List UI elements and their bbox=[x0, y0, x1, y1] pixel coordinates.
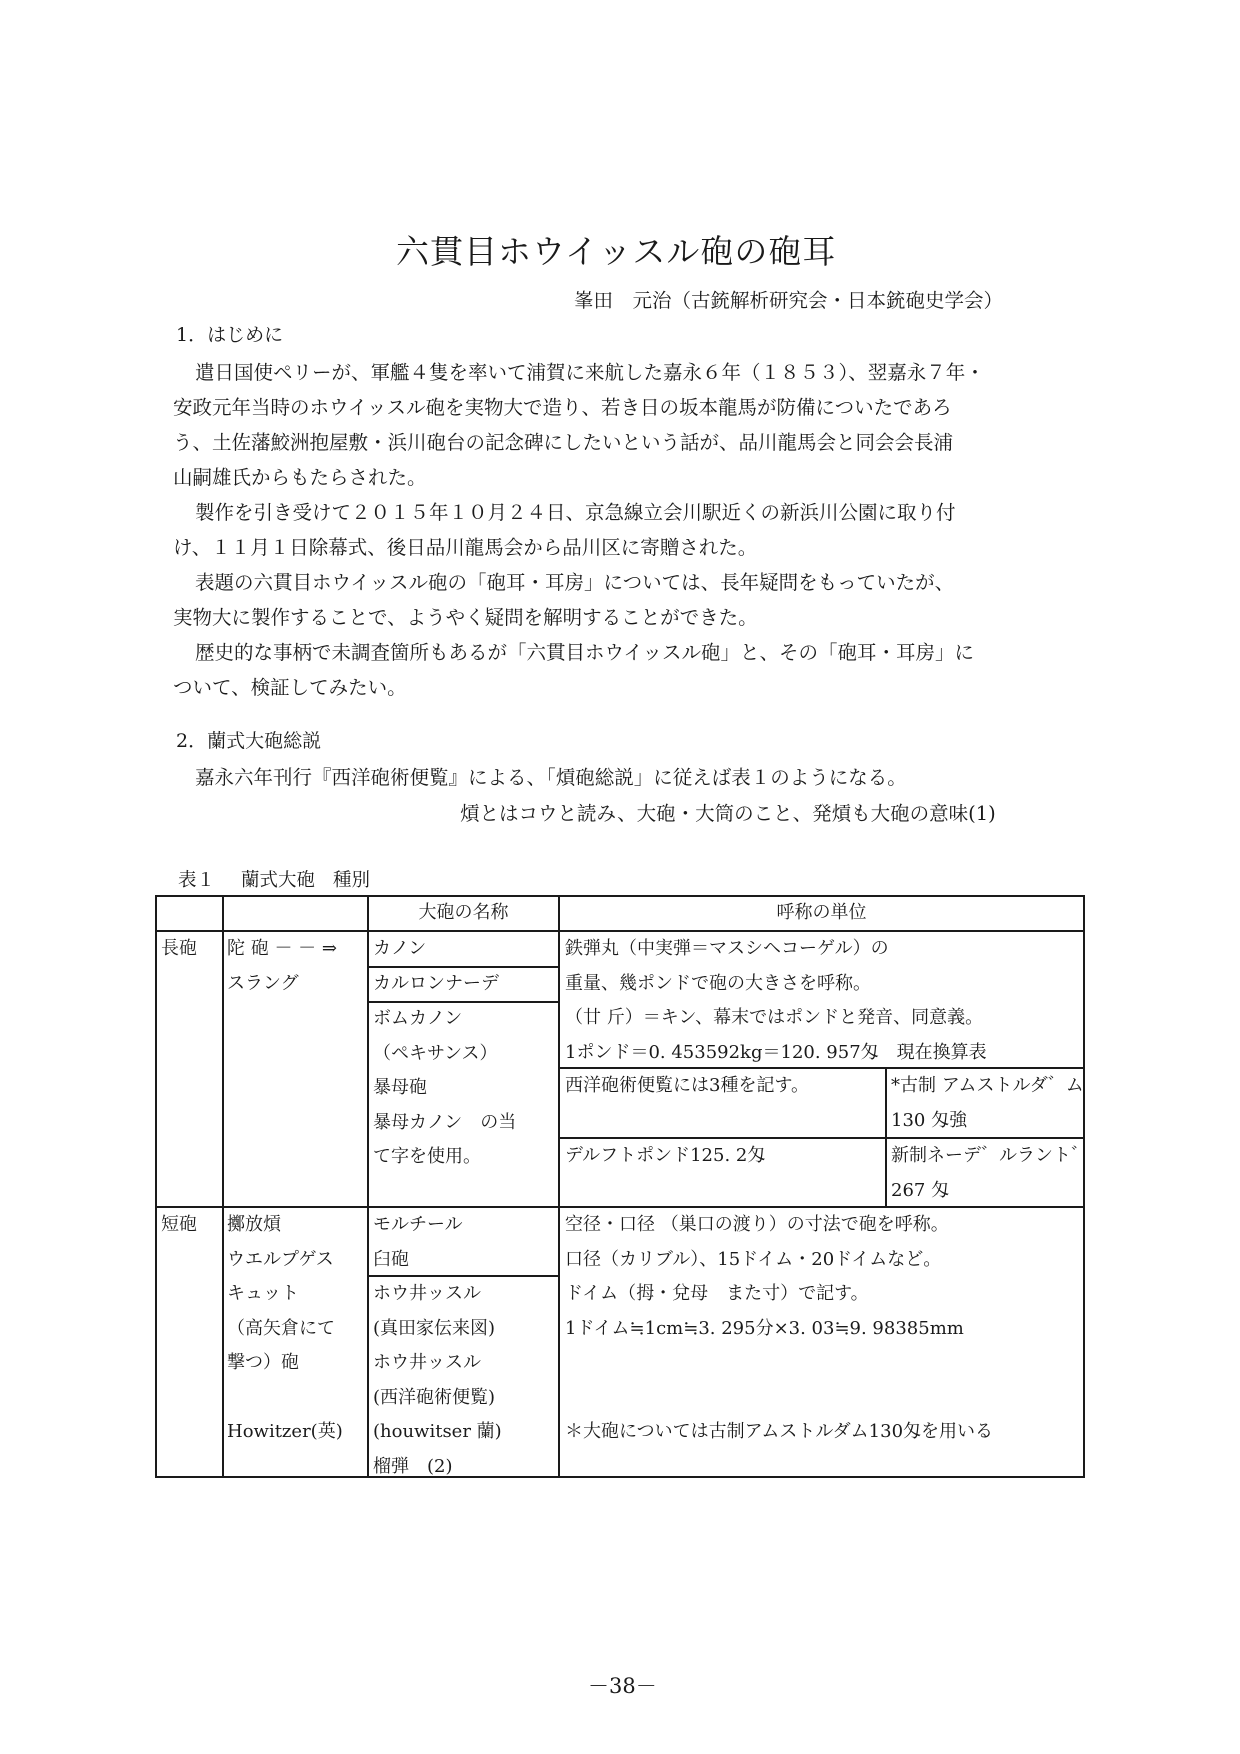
paragraph-line: 安政元年当時のホウイッスル砲を実物大で造り、若き日の坂本龍馬が防備についたであろ bbox=[173, 390, 1073, 425]
cell-line: ボムカノン bbox=[373, 1002, 516, 1037]
cell-line: 267 匁 bbox=[891, 1174, 1089, 1209]
cannon-name-howitzer: ホウ井ッスル (真田家伝来図) ホウ井ッスル (西洋砲術便覧) (houwits… bbox=[373, 1277, 502, 1484]
category-long-gun: 長砲 bbox=[161, 932, 197, 967]
paragraph-line: 山嗣雄氏からもたらされた。 bbox=[173, 460, 1073, 495]
section-heading-dutch-cannon-overview: 2．蘭式大砲総説 bbox=[176, 726, 321, 753]
cell-line: 榴弾 (2) bbox=[373, 1450, 502, 1485]
paragraph-line: 遣日国使ペリーが、軍艦４隻を率いて浦賀に来航した嘉永６年（１８５３）、翌嘉永７年… bbox=[173, 355, 1073, 390]
cell-line: （高矢倉にて bbox=[227, 1312, 343, 1347]
cell-line: 撃つ）砲 bbox=[227, 1346, 343, 1381]
sub-row-new-netherlands: 新制ネーデ゛ルラント゛ 267 匁 bbox=[891, 1139, 1089, 1208]
paragraph-line: 歴史的な事柄で未調査箇所もあるが「六貫目ホウイッスル砲」と、その「砲耳・耳房」に bbox=[173, 635, 1073, 670]
cell-line: 暴母カノン の当 bbox=[373, 1106, 516, 1141]
sub-row-three-types: 西洋砲術便覧には3種を記す。 bbox=[565, 1069, 809, 1104]
table-caption: 表１蘭式大砲種別 bbox=[178, 866, 370, 892]
cell-line: 1ドイム≒1cm≒3. 295分×3. 03≒9. 98385mm bbox=[565, 1312, 993, 1347]
cell-line: *古制 アムストルダ゛ム bbox=[891, 1069, 1084, 1104]
column-divider bbox=[367, 895, 369, 1478]
short-gun-type: 擲放熕 ウエルプゲス キュット （高矢倉にて 撃つ）砲 Howitzer(英) bbox=[227, 1208, 343, 1450]
cell-line: 新制ネーデ゛ルラント゛ bbox=[891, 1139, 1089, 1174]
cell-line: 130 匁強 bbox=[891, 1104, 1084, 1139]
page-number: －38－ bbox=[588, 1670, 657, 1700]
category-short-gun: 短砲 bbox=[161, 1208, 197, 1243]
cell-line: 擲放熕 bbox=[227, 1208, 343, 1243]
document-title: 六貫目ホウイッスル砲の砲耳 bbox=[396, 226, 836, 273]
cell-line: 口径（カリブル）、15ドイム・20ドイムなど。 bbox=[565, 1243, 993, 1278]
paragraph-line: 表題の六貫目ホウイッスル砲の「砲耳・耳房」については、長年疑問をもっていたが、 bbox=[173, 565, 1073, 600]
table-border-left bbox=[155, 895, 157, 1478]
cell-line: (houwitser 蘭) bbox=[373, 1415, 502, 1450]
column-divider bbox=[558, 895, 560, 1478]
cell-line: ＊大砲については古制アムストルダム130匁を用いる bbox=[565, 1415, 993, 1450]
paragraph-line: 嘉永六年刊行『西洋砲術便覧』による、「熕砲総説」に従えば表１のようになる。 bbox=[195, 760, 907, 795]
column-divider bbox=[222, 895, 224, 1478]
cell-line: モルチール bbox=[373, 1208, 463, 1243]
cell-line: (真田家伝来図) bbox=[373, 1312, 502, 1347]
cell-line: 重量、幾ポンドで砲の大きさを呼称。 bbox=[565, 967, 987, 1002]
cell-line: ドイム（拇・兌母 また寸）で記す。 bbox=[565, 1277, 993, 1312]
cell-line: ホウ井ッスル bbox=[373, 1277, 502, 1312]
short-gun-unit-description: 空径・口径 （巣口の渡り）の寸法で砲を呼称。 口径（カリブル）、15ドイム・20… bbox=[565, 1208, 993, 1450]
cannon-name-kanon: カノン bbox=[373, 932, 426, 967]
author-line: 峯田 元治（古銃解析研究会・日本銃砲史学会） bbox=[574, 285, 1003, 313]
cell-line: ウエルプゲス bbox=[227, 1243, 343, 1278]
cell-line: 臼砲 bbox=[373, 1243, 463, 1278]
header-cell-cannon-name: 大砲の名称 bbox=[369, 896, 558, 930]
table-number: 表１ bbox=[178, 870, 215, 891]
cannon-name-mortar: モルチール 臼砲 bbox=[373, 1208, 463, 1277]
cell-line: ホウ井ッスル bbox=[373, 1346, 502, 1381]
cell-line: 陀 砲 － － ⇒ bbox=[227, 932, 337, 967]
table-subtitle: 種別 bbox=[333, 870, 370, 891]
cannon-name-bomb-kanon: ボムカノン （ペキサンス） 暴母砲 暴母カノン の当 て字を使用。 bbox=[373, 1002, 516, 1175]
cell-line: Howitzer(英) bbox=[227, 1415, 343, 1450]
cell-line: （廿 斤）＝キン、幕末ではポンドと発音、同意義。 bbox=[565, 1001, 987, 1036]
cell-line: 鉄弾丸（中実弾＝マスシヘコーゲル）の bbox=[565, 932, 987, 967]
sub-row-delft-pound: デルフトポンド125. 2匁 bbox=[565, 1139, 765, 1174]
section-heading-introduction: 1．はじめに bbox=[176, 320, 283, 347]
footnote-line: 熕とはコウと読み、大砲・大筒のこと、発熕も大砲の意味(1) bbox=[460, 796, 996, 831]
header-cell-naming-unit: 呼称の単位 bbox=[560, 896, 1083, 930]
section-body-introduction: 遣日国使ペリーが、軍艦４隻を率いて浦賀に来航した嘉永６年（１８５３）、翌嘉永７年… bbox=[173, 355, 1073, 705]
cell-line: キュット bbox=[227, 1277, 343, 1312]
long-gun-type: 陀 砲 － － ⇒ スラング bbox=[227, 932, 337, 1001]
cell-line bbox=[565, 1381, 993, 1416]
sub-row-old-amsterdam: *古制 アムストルダ゛ム 130 匁強 bbox=[891, 1069, 1084, 1138]
paragraph-line: け、１１月１日除幕式、後日品川龍馬会から品川区に寄贈された。 bbox=[173, 530, 1073, 565]
column-divider bbox=[885, 1067, 887, 1207]
paragraph-line: う、土佐藩鮫洲抱屋敷・浜川砲台の記念碑にしたいという話が、品川龍馬会と同会会長浦 bbox=[173, 425, 1073, 460]
cell-line bbox=[565, 1346, 993, 1381]
long-gun-unit-description: 鉄弾丸（中実弾＝マスシヘコーゲル）の 重量、幾ポンドで砲の大きさを呼称。 （廿 … bbox=[565, 932, 987, 1070]
cannon-name-karronade: カルロンナーデ bbox=[373, 967, 499, 1002]
paragraph-line: ついて、検証してみたい。 bbox=[173, 670, 1073, 705]
cell-line: 1ポンド＝0. 453592kg＝120. 957匁 現在換算表 bbox=[565, 1036, 987, 1071]
cell-line: スラング bbox=[227, 967, 337, 1002]
table-border-bottom bbox=[155, 1476, 1085, 1478]
cell-line: 空径・口径 （巣口の渡り）の寸法で砲を呼称。 bbox=[565, 1208, 993, 1243]
table-title: 蘭式大砲 bbox=[241, 870, 315, 891]
paragraph-line: 製作を引き受けて２０１５年１０月２４日、京急線立会川駅近くの新浜川公園に取り付 bbox=[173, 495, 1073, 530]
paragraph-line: 実物大に製作することで、ようやく疑問を解明することができた。 bbox=[173, 600, 1073, 635]
cell-line bbox=[227, 1381, 343, 1416]
cell-line: 暴母砲 bbox=[373, 1071, 516, 1106]
cannon-types-table: 大砲の名称 呼称の単位 長砲 陀 砲 － － ⇒ スラング カノン カルロンナー… bbox=[155, 895, 1085, 1478]
cell-line: （ペキサンス） bbox=[373, 1037, 516, 1072]
cell-line: (西洋砲術便覧) bbox=[373, 1381, 502, 1416]
cell-line: て字を使用。 bbox=[373, 1140, 516, 1175]
